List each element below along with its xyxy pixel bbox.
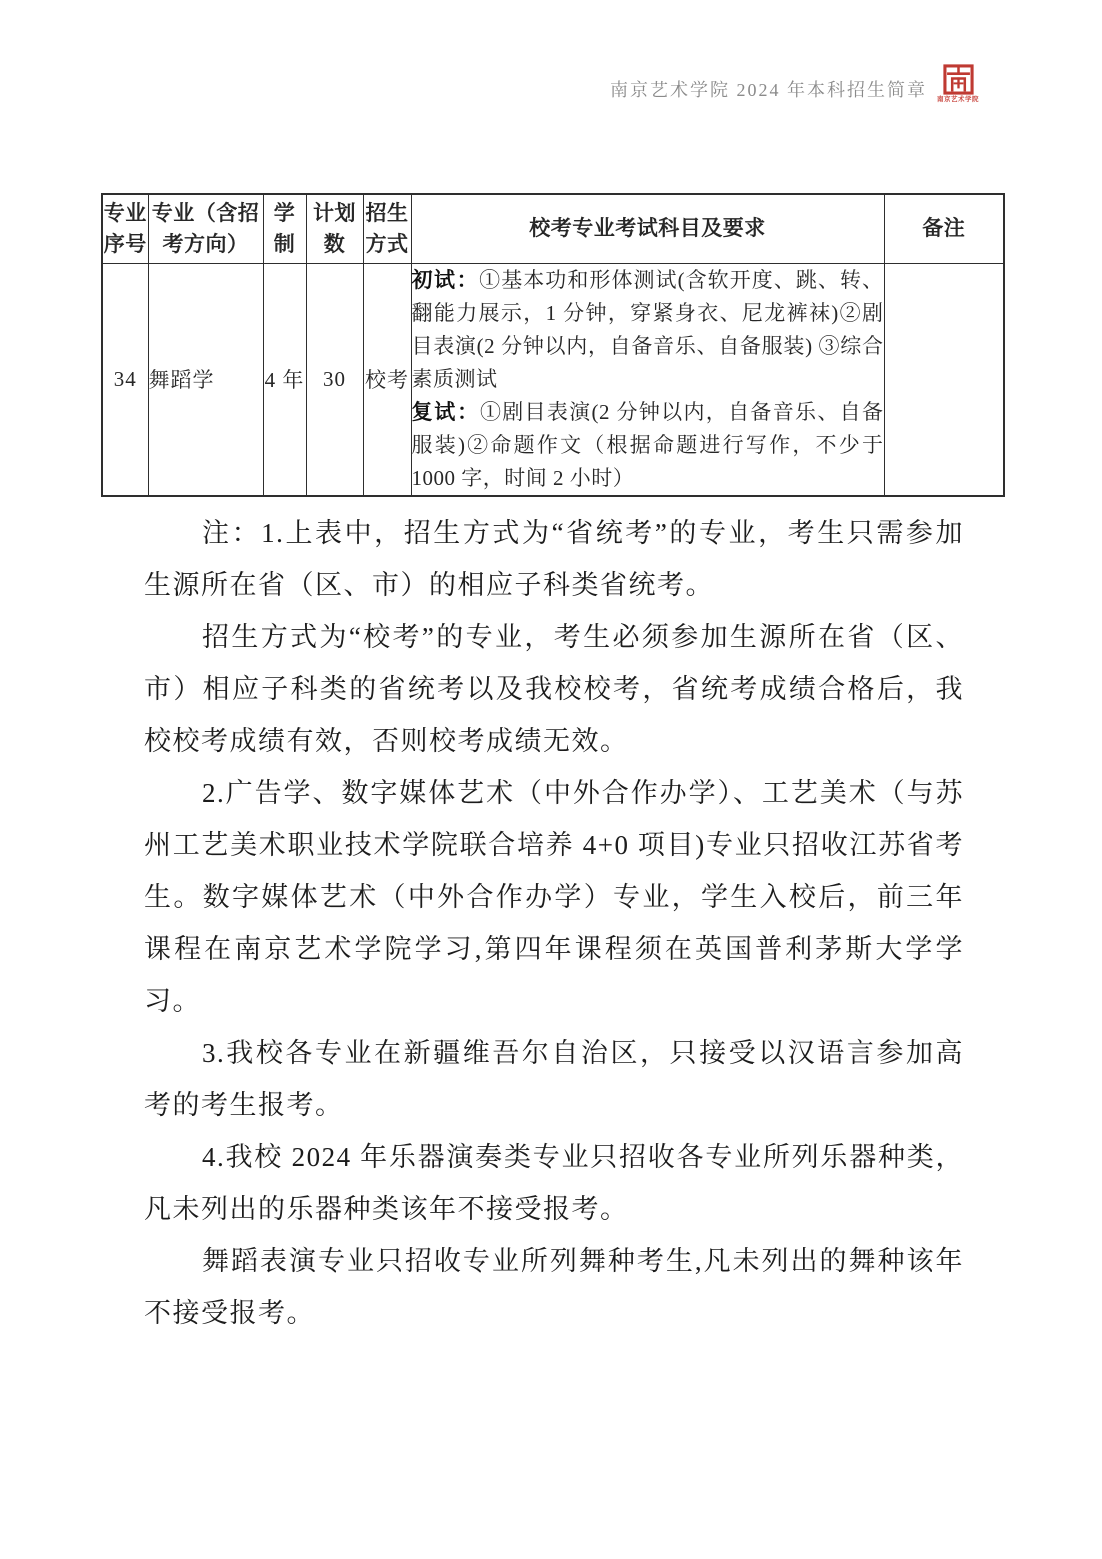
retest-exam-text: 复试：①剧目表演(2 分钟以内，自备音乐、自备服装)②命题作文（根据命题进行写作… xyxy=(412,396,884,495)
note-paragraph: 招生方式为“校考”的专业，考生必须参加生源所在省（区、市）相应子科类的省统考以及… xyxy=(144,611,964,767)
school-seal-logo: 南京艺术学院 xyxy=(936,60,980,104)
document-header-title: 南京艺术学院 2024 年本科招生简章 xyxy=(610,76,927,102)
col-header-plan-count: 计划 数 xyxy=(306,194,363,263)
cell-plan-count: 30 xyxy=(306,263,363,496)
seal-caption-text: 南京艺术学院 xyxy=(936,96,980,104)
initial-exam-label: 初试： xyxy=(412,269,480,292)
document-page: 南京艺术学院 2024 年本科招生简章 南京艺术学院 专业 序号 xyxy=(0,0,1102,1559)
cell-major-no: 34 xyxy=(102,263,148,496)
note-paragraph: 2.广告学、数字媒体艺术（中外合作办学）、工艺美术（与苏州工艺美术职业技术学院联… xyxy=(144,767,964,1027)
col-header-major-no: 专业 序号 xyxy=(102,194,148,263)
page-header: 南京艺术学院 2024 年本科招生简章 南京艺术学院 xyxy=(0,60,980,104)
col-header-major-name: 专业（含招 考方向） xyxy=(148,194,263,263)
table-header-row: 专业 序号 专业（含招 考方向） 学 制 计划 数 招生 方式 xyxy=(102,194,1004,263)
col-header-remark: 备注 xyxy=(884,194,1004,263)
note-paragraph: 3.我校各专业在新疆维吾尔自治区，只接受以汉语言参加高考的考生报考。 xyxy=(144,1027,964,1131)
admissions-table: 专业 序号 专业（含招 考方向） 学 制 计划 数 招生 方式 xyxy=(101,193,1005,497)
cell-duration: 4 年 xyxy=(263,263,306,496)
cell-exam-requirements: 初试：①基本功和形体测试(含软开度、跳、转、翻能力展示，1 分钟，穿紧身衣、尼龙… xyxy=(411,263,884,496)
table-row: 34 舞蹈学 4 年 30 校考 初试：①基本功和形体测试(含软开度、跳、转、翻… xyxy=(102,263,1004,496)
seal-icon xyxy=(943,64,974,95)
notes-section: 注：1.上表中，招生方式为“省统考”的专业，考生只需参加生源所在省（区、市）的相… xyxy=(144,507,964,1339)
note-paragraph: 舞蹈表演专业只招收专业所列舞种考生,凡未列出的舞种该年不接受报考。 xyxy=(144,1235,964,1339)
col-header-admission-method: 招生 方式 xyxy=(363,194,411,263)
cell-major-name: 舞蹈学 xyxy=(148,263,263,496)
retest-exam-label: 复试： xyxy=(412,401,480,424)
note-paragraph: 注：1.上表中，招生方式为“省统考”的专业，考生只需参加生源所在省（区、市）的相… xyxy=(144,507,964,611)
cell-remark xyxy=(884,263,1004,496)
col-header-duration: 学 制 xyxy=(263,194,306,263)
initial-exam-text: 初试：①基本功和形体测试(含软开度、跳、转、翻能力展示，1 分钟，穿紧身衣、尼龙… xyxy=(412,264,884,396)
cell-admission-method: 校考 xyxy=(363,263,411,496)
col-header-exam-subjects: 校考专业考试科目及要求 xyxy=(411,194,884,263)
note-paragraph: 4.我校 2024 年乐器演奏类专业只招收各专业所列乐器种类，凡未列出的乐器种类… xyxy=(144,1131,964,1235)
